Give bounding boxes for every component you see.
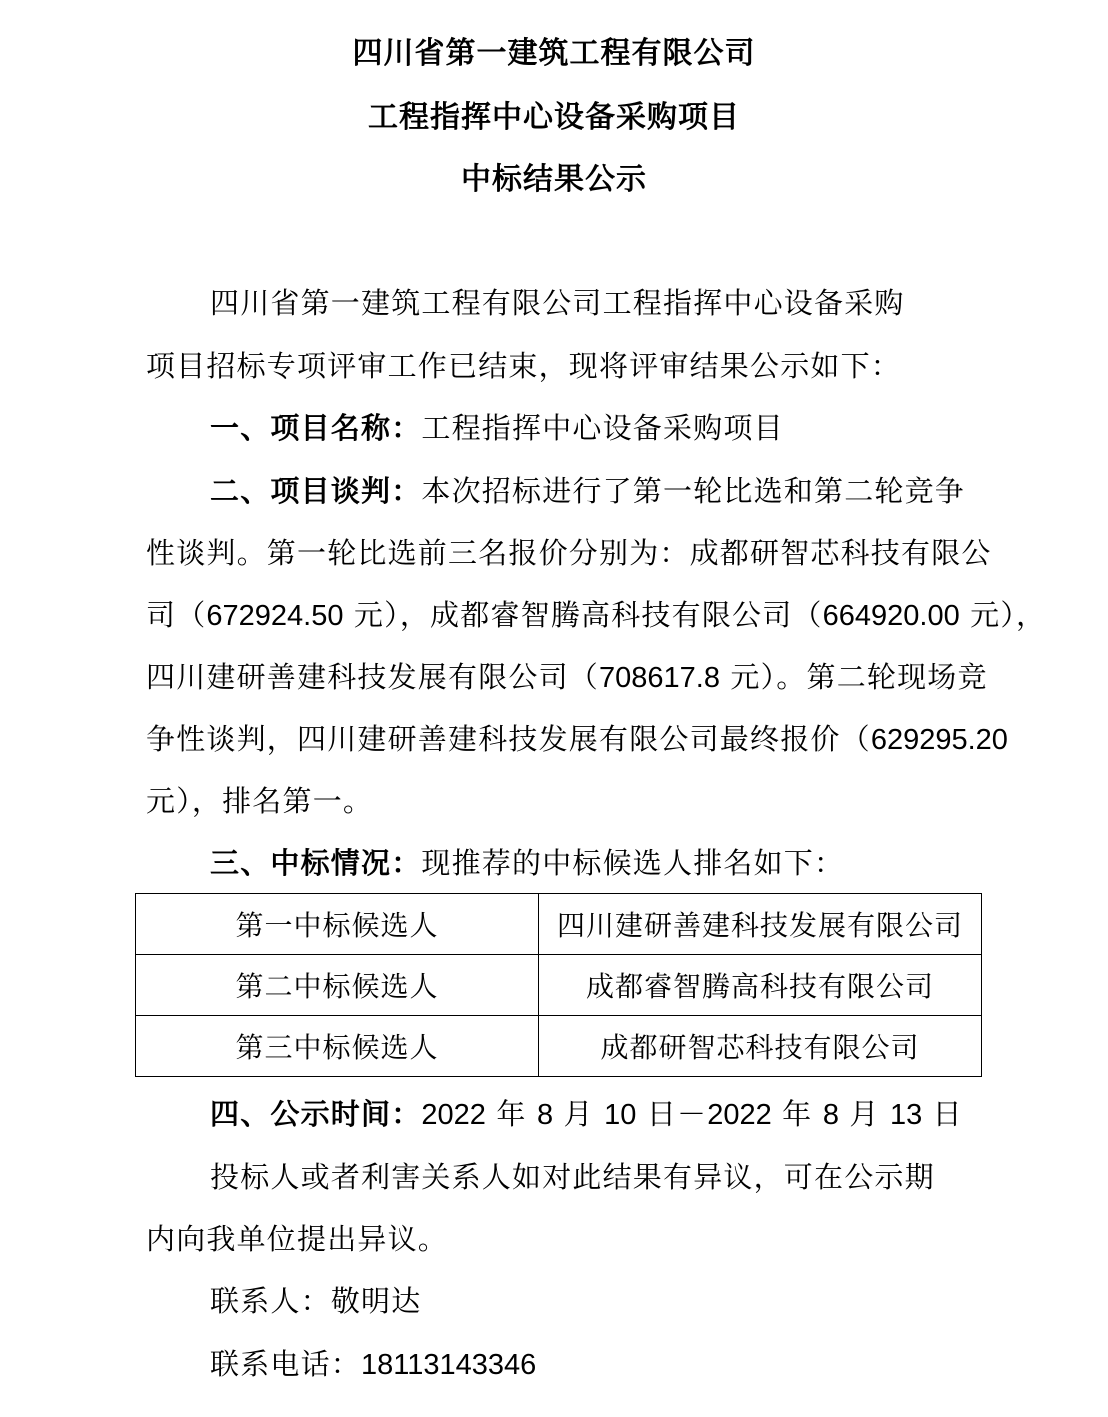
candidate-rank: 第二中标候选人 <box>136 955 539 1016</box>
table-row: 第三中标候选人 成都研智芯科技有限公司 <box>136 1016 982 1077</box>
contact-person-name: 敬明达 <box>331 1284 422 1318</box>
unit-year: 年 <box>772 1097 823 1131</box>
start-month: 8 <box>537 1099 553 1131</box>
candidate-rank: 第三中标候选人 <box>136 1016 539 1077</box>
paragraph-text: 元）。第二轮现场竞 <box>720 660 988 694</box>
candidate-table: 第一中标候选人 四川建研善建科技发展有限公司 第二中标候选人 成都睿智腾高科技有… <box>135 893 982 1077</box>
section-project-name: 一、项目名称：工程指挥中心设备采购项目 <box>210 408 784 448</box>
unit-day: 日 <box>922 1097 963 1131</box>
section-award: 三、中标情况：现推荐的中标候选人排名如下： <box>210 843 844 883</box>
section-negotiation-line-6: 元），排名第一。 <box>146 781 373 821</box>
contact-phone-label: 联系电话： <box>210 1347 361 1381</box>
table-row: 第一中标候选人 四川建研善建科技发展有限公司 <box>136 894 982 955</box>
paragraph-text: 现推荐的中标候选人排名如下： <box>421 846 844 880</box>
paragraph-text: 四川建研善建科技发展有限公司（ <box>146 660 599 694</box>
candidate-rank: 第一中标候选人 <box>136 894 539 955</box>
bid-amount-3: 708617.8 <box>599 662 720 694</box>
title-company: 四川省第一建筑工程有限公司 <box>0 34 1108 74</box>
contact-person-label: 联系人： <box>210 1284 331 1318</box>
contact-phone-number: 18113143346 <box>361 1349 536 1381</box>
paragraph-text: 争性谈判，四川建研善建科技发展有限公司最终报价（ <box>146 722 871 756</box>
end-year: 2022 <box>707 1099 772 1131</box>
contact-phone: 联系电话：18113143346 <box>210 1344 536 1385</box>
section-heading: 四、公示时间： <box>210 1097 421 1131</box>
table-row: 第二中标候选人 成都睿智腾高科技有限公司 <box>136 955 982 1016</box>
end-month: 8 <box>823 1099 839 1131</box>
section-heading: 二、项目谈判： <box>210 474 421 508</box>
objection-line-1: 投标人或者利害关系人如对此结果有异议，可在公示期 <box>210 1157 935 1197</box>
end-day: 13 <box>890 1099 922 1131</box>
candidate-company: 成都睿智腾高科技有限公司 <box>539 955 982 1016</box>
section-negotiation-line-5: 争性谈判，四川建研善建科技发展有限公司最终报价（629295.20 <box>146 719 1008 760</box>
paragraph-text: 元），成都睿智腾高科技有限公司（ <box>344 598 823 632</box>
paragraph-text: 本次招标进行了第一轮比选和第二轮竞争 <box>421 474 965 508</box>
section-negotiation-line-3: 司（672924.50 元），成都睿智腾高科技有限公司（664920.00 元）… <box>146 595 1046 636</box>
unit-month: 月 <box>839 1097 890 1131</box>
contact-person: 联系人：敬明达 <box>210 1281 421 1321</box>
date-range-dash: － <box>677 1097 707 1131</box>
final-bid-amount: 629295.20 <box>871 724 1008 756</box>
paragraph-text: 司（ <box>146 598 206 632</box>
section-notice-period: 四、公示时间：2022 年 8 月 10 日－2022 年 8 月 13 日 <box>210 1094 963 1135</box>
paragraph-text: 元）， <box>960 598 1047 632</box>
bid-amount-2: 664920.00 <box>823 600 960 632</box>
candidate-company: 成都研智芯科技有限公司 <box>539 1016 982 1077</box>
intro-line-2: 项目招标专项评审工作已结束，现将评审结果公示如下： <box>146 346 901 386</box>
section-heading: 三、中标情况： <box>210 846 421 880</box>
project-name-value: 工程指挥中心设备采购项目 <box>421 411 783 445</box>
unit-month: 月 <box>553 1097 604 1131</box>
start-year: 2022 <box>421 1099 486 1131</box>
section-negotiation-line-2: 性谈判。第一轮比选前三名报价分别为：成都研智芯科技有限公 <box>146 533 992 573</box>
start-day: 10 <box>604 1099 636 1131</box>
objection-line-2: 内向我单位提出异议。 <box>146 1219 448 1259</box>
title-project: 工程指挥中心设备采购项目 <box>0 98 1108 138</box>
candidate-company: 四川建研善建科技发展有限公司 <box>539 894 982 955</box>
section-heading: 一、项目名称： <box>210 411 421 445</box>
intro-line-1: 四川省第一建筑工程有限公司工程指挥中心设备采购 <box>210 283 905 323</box>
unit-year: 年 <box>486 1097 537 1131</box>
section-negotiation-line-4: 四川建研善建科技发展有限公司（708617.8 元）。第二轮现场竞 <box>146 657 988 698</box>
section-negotiation-line-1: 二、项目谈判：本次招标进行了第一轮比选和第二轮竞争 <box>210 471 965 511</box>
title-notice: 中标结果公示 <box>0 160 1108 200</box>
unit-day: 日 <box>636 1097 677 1131</box>
bid-amount-1: 672924.50 <box>206 600 343 632</box>
